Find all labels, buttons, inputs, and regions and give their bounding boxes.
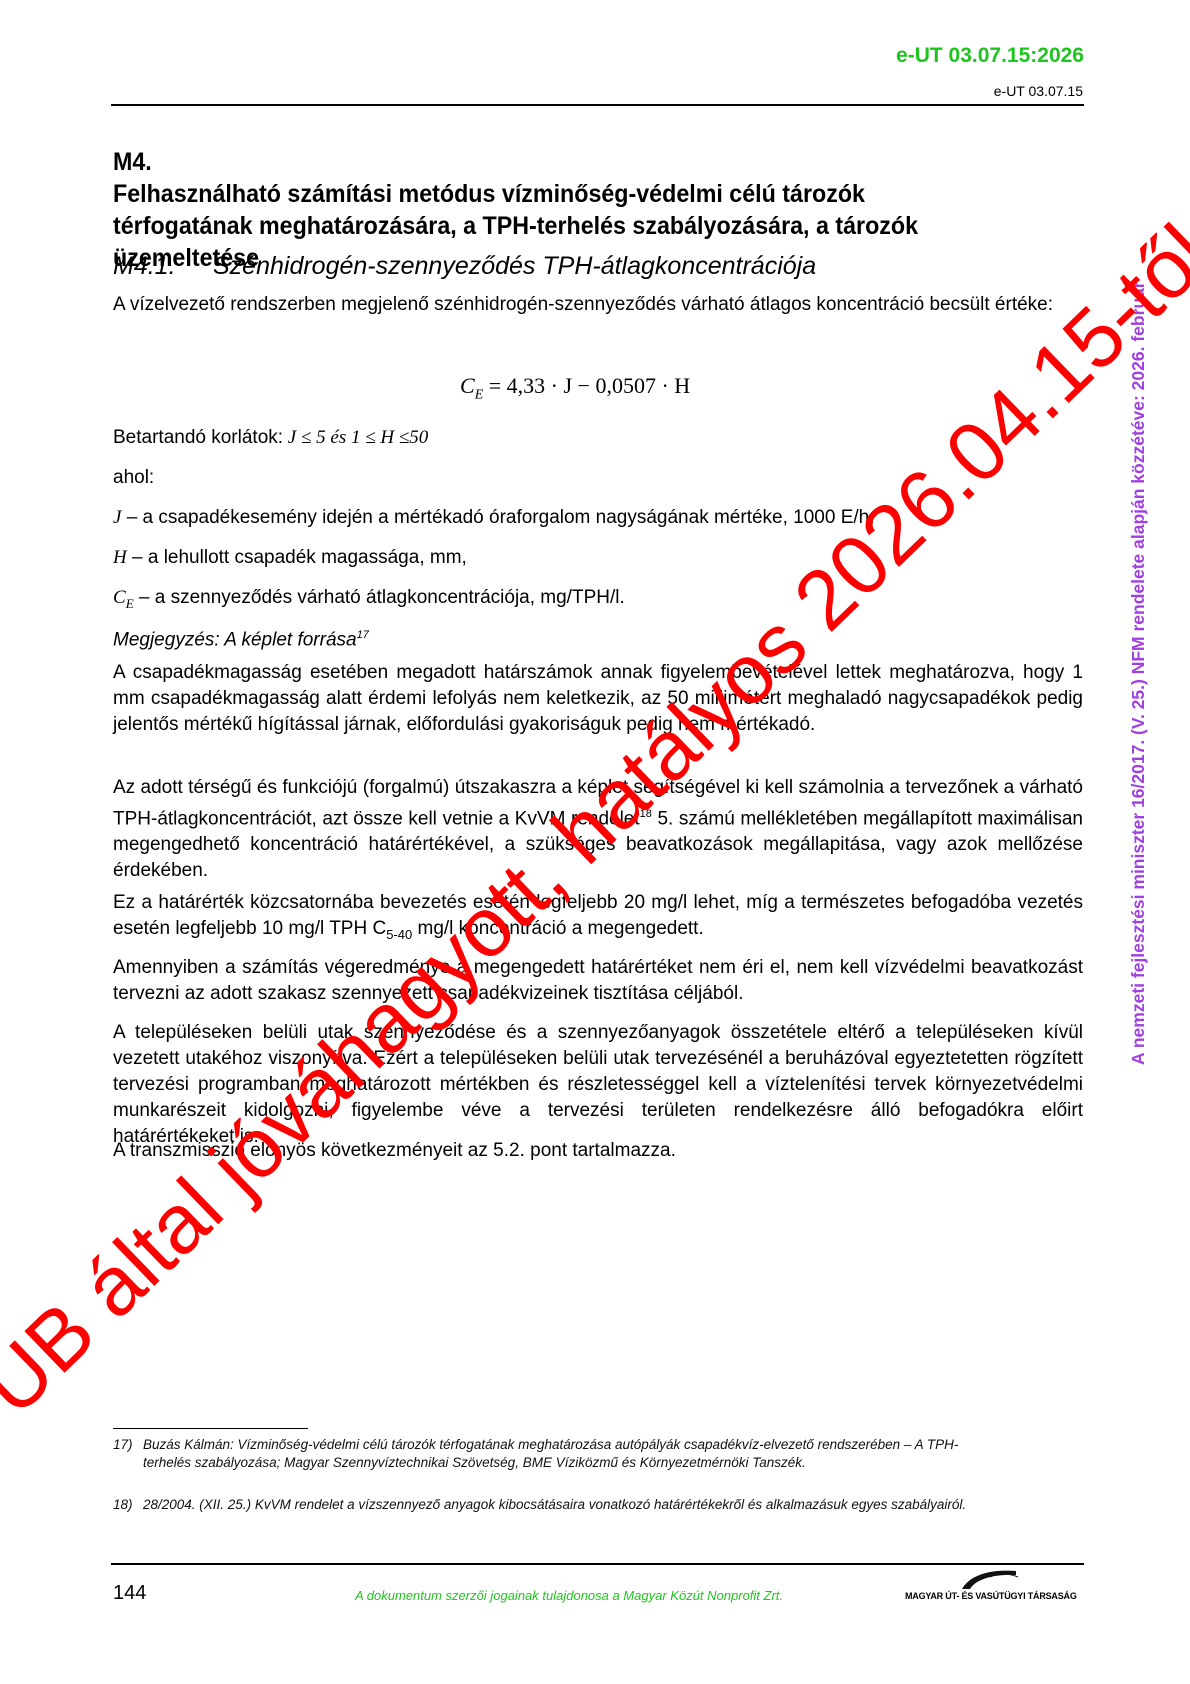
definition-subscript: E	[126, 596, 134, 611]
paragraph-rainfall-limits: A csapadékmagasság esetében megadott hat…	[113, 660, 1083, 738]
header-divider	[111, 104, 1084, 106]
limits-label: Betartandó korlátok:	[113, 427, 283, 448]
logo-text: MAGYAR ÚT- ÉS VASÚTÜGYI TÁRSASÁG	[905, 1591, 1077, 1601]
definition-text: – a csapadékesemény idején a mértékadó ó…	[121, 507, 874, 528]
road-arc-icon	[960, 1567, 1020, 1591]
publisher-logo: MAGYAR ÚT- ÉS VASÚTÜGYI TÁRSASÁG	[905, 1567, 1085, 1617]
copyright-notice: A dokumentum szerzői jogainak tulajdonos…	[355, 1588, 783, 1603]
footnote-ref-17[interactable]: 17	[357, 629, 369, 641]
footnote-divider	[113, 1428, 308, 1429]
footnote-text: Buzás Kálmán: Vízminőség-védelmi célú tá…	[143, 1436, 1003, 1472]
footer-divider	[111, 1563, 1084, 1565]
definition-symbol: C	[113, 587, 126, 608]
intro-paragraph: A vízelvezető rendszerben megjelenő szén…	[113, 292, 1083, 318]
section-title: Szénhidrogén-szennyeződés TPH-átlagkonce…	[213, 252, 816, 280]
formula-lhs-subscript: E	[475, 387, 484, 402]
chapter-number: M4.	[113, 146, 164, 178]
footnote-number: 18)	[113, 1496, 143, 1514]
footnote-18: 18)28/2004. (XII. 25.) KvVM rendelet a v…	[113, 1496, 1013, 1514]
document-id-header: e-UT 03.07.15:2026	[896, 44, 1084, 68]
document-id-running-header: e-UT 03.07.15	[994, 83, 1083, 99]
footnote-text: 28/2004. (XII. 25.) KvVM rendelet a vízs…	[143, 1496, 1003, 1514]
page-number: 144	[113, 1582, 146, 1605]
formula: CE = 4,33 · J − 0,0507 · H	[460, 373, 690, 403]
formula-source-note: Megjegyzés: A képlet forrása17	[113, 622, 1083, 653]
publication-stamp: A nemzeti fejlesztési miniszter 16/2017.…	[1128, 281, 1149, 1065]
formula-lhs: C	[460, 373, 475, 398]
definition-ce: CE – a szennyeződés várható átlagkoncent…	[113, 585, 1083, 617]
formula-rhs: = 4,33 · J − 0,0507 · H	[483, 373, 690, 398]
limits-expression: J ≤ 5 és 1 ≤ H ≤50	[283, 427, 428, 448]
definition-text: – a lehullott csapadék magassága, mm,	[127, 547, 467, 568]
definition-symbol: H	[113, 547, 127, 568]
definition-text: – a szennyeződés várható átlagkoncentrác…	[134, 587, 625, 608]
section-heading: M4.1.Szénhidrogén-szennyeződés TPH-átlag…	[113, 252, 816, 281]
note-text: Megjegyzés: A képlet forrása	[113, 629, 357, 650]
footnote-number: 17)	[113, 1436, 143, 1454]
document-page: e-UT 03.07.15:2026 e-UT 03.07.15 M4.Felh…	[0, 0, 1190, 1684]
footnote-17: 17)Buzás Kálmán: Vízminőség-védelmi célú…	[113, 1436, 1013, 1472]
paragraph-limit-values: Ez a határérték közcsatornába bevezetés …	[113, 890, 1083, 948]
paragraph-no-intervention: Amennyiben a számítás végeredménye a meg…	[113, 955, 1083, 1007]
section-number: M4.1.	[113, 252, 213, 281]
